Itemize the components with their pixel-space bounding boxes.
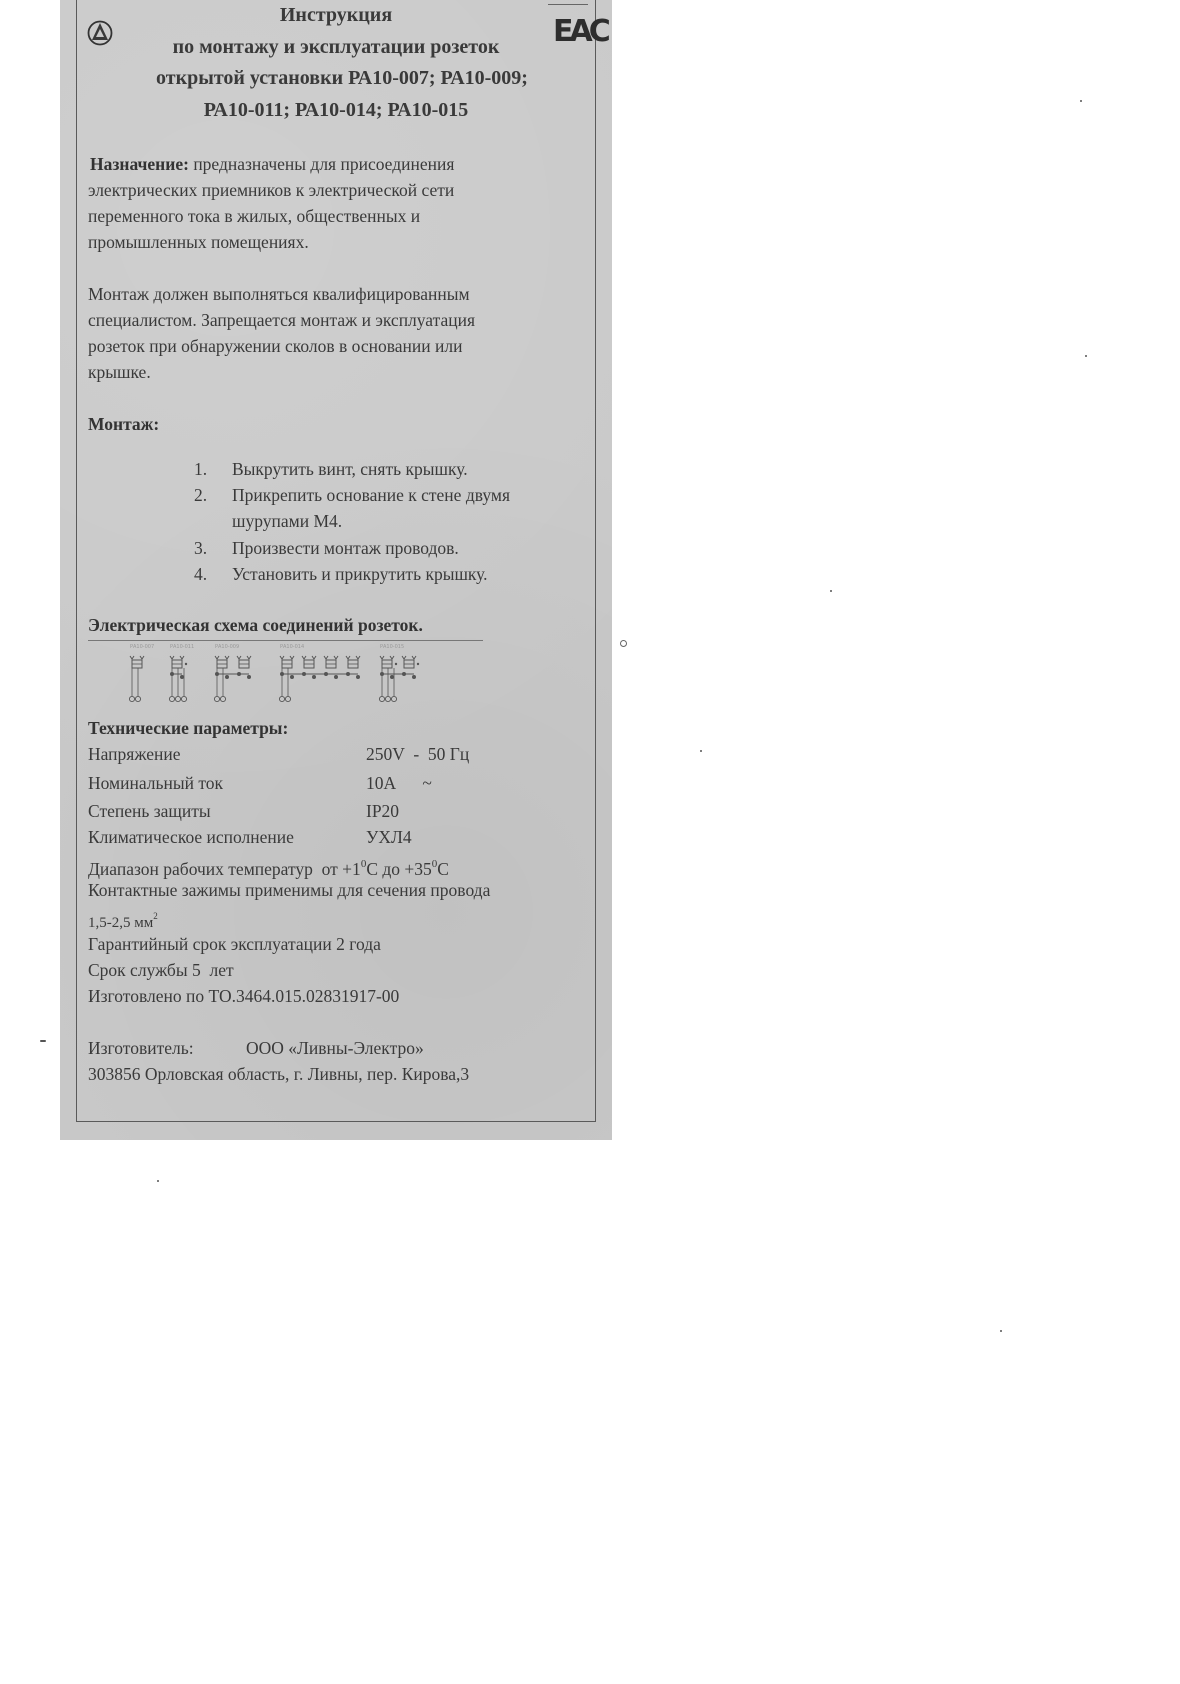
svg-text:РА10-011: РА10-011 — [170, 644, 194, 650]
scan-speck — [700, 750, 702, 752]
spec-value-climate: УХЛ4 — [366, 826, 412, 848]
temperature-to: до +35 — [378, 859, 432, 879]
step-2-text: Прикрепить основание к стене двумя — [232, 484, 510, 506]
step-1-text: Выкрутить винт, снять крышку. — [232, 458, 468, 480]
scan-speck — [1080, 100, 1082, 102]
spec-label-voltage: Напряжение — [88, 743, 180, 765]
spec-value-protection: IP20 — [366, 800, 399, 822]
title-line-4: РА10-011; РА10-014; РА10-015 — [60, 99, 612, 122]
scan-speck — [40, 1040, 46, 1042]
warning-line-2: специалистом. Запрещается монтаж и экспл… — [88, 309, 475, 331]
specs-heading: Технические параметры: — [88, 717, 288, 739]
step-4-number: 4. — [194, 563, 207, 585]
title-line-2: по монтажу и эксплуатации розеток — [60, 36, 612, 59]
title-line-3: открытой установки РА10-007; РА10-009; — [66, 67, 618, 90]
spec-temperature: Диапазон рабочих температур от +10C до +… — [88, 853, 449, 880]
purpose-line-4: промышленных помещениях. — [88, 231, 309, 253]
wiring-heading: Электрическая схема соединений розеток. — [88, 614, 423, 636]
spec-label-protection: Степень защиты — [88, 800, 211, 822]
purpose-line-1: Назначение: предназначены для присоедине… — [90, 153, 454, 175]
instruction-leaflet: EAC Инструкция по монтажу и эксплуатации… — [60, 0, 612, 1140]
step-2-text-cont: шурупами М4. — [232, 510, 342, 532]
spec-value-current: 10А ~ — [366, 772, 432, 794]
purpose-label: Назначение: — [90, 154, 189, 174]
scan-speck — [157, 1180, 159, 1182]
heading-underline — [88, 640, 483, 641]
svg-text:РА10-014: РА10-014 — [280, 644, 304, 650]
spec-label-climate: Климатическое исполнение — [88, 826, 294, 848]
temperature-unit: C — [366, 859, 378, 879]
spec-standard: Изготовлено по ТО.3464.015.02831917-00 — [88, 985, 399, 1007]
scan-speck — [1000, 1330, 1002, 1332]
wire-section-value: 1,5-2,5 мм — [88, 915, 153, 931]
spec-wire-line-2: 1,5-2,5 мм2 — [88, 905, 158, 934]
wiring-diagram: РА10-007РА10-011РА10-009РА10-014РА10-015 — [120, 642, 520, 716]
step-3-number: 3. — [194, 537, 207, 559]
spec-label-current: Номинальный ток — [88, 772, 223, 794]
spec-value-voltage: 250V - 50 Гц — [366, 743, 469, 765]
warning-line-4: крышке. — [88, 361, 151, 383]
svg-text:РА10-015: РА10-015 — [380, 644, 404, 650]
scan-speck — [830, 590, 832, 592]
temperature-from: от +1 — [322, 859, 361, 879]
warning-line-3: розеток при обнаружении сколов в основан… — [88, 335, 462, 357]
purpose-line-2: электрических приемников к электрической… — [88, 179, 454, 201]
purpose-line-3: переменного тока в жилых, общественных и — [88, 205, 420, 227]
spec-wire-line-1: Контактные зажимы применимы для сечения … — [88, 879, 490, 901]
svg-text:РА10-007: РА10-007 — [130, 644, 154, 650]
step-4-text: Установить и прикрутить крышку. — [232, 563, 488, 585]
spec-warranty: Гарантийный срок эксплуатации 2 года — [88, 933, 381, 955]
step-1-number: 1. — [194, 458, 207, 480]
manufacturer-name: ООО «Ливны-Электро» — [246, 1037, 424, 1059]
svg-text:РА10-009: РА10-009 — [215, 644, 239, 650]
squared-sign: 2 — [153, 911, 158, 921]
step-2-number: 2. — [194, 484, 207, 506]
temperature-unit: C — [437, 859, 449, 879]
temperature-label: Диапазон рабочих температур — [88, 859, 313, 879]
warning-line-1: Монтаж должен выполняться квалифицирован… — [88, 283, 470, 305]
scan-speck — [1085, 355, 1087, 357]
manufacturer-address: 303856 Орловская область, г. Ливны, пер.… — [88, 1063, 469, 1085]
spec-service-life: Срок службы 5 лет — [88, 959, 234, 981]
scan-speck — [620, 640, 627, 647]
step-3-text: Произвести монтаж проводов. — [232, 537, 459, 559]
purpose-text: предназначены для присоединения — [193, 154, 454, 174]
manufacturer-label: Изготовитель: — [88, 1037, 194, 1059]
installation-heading: Монтаж: — [88, 413, 159, 435]
title-line-1: Инструкция — [60, 4, 612, 27]
